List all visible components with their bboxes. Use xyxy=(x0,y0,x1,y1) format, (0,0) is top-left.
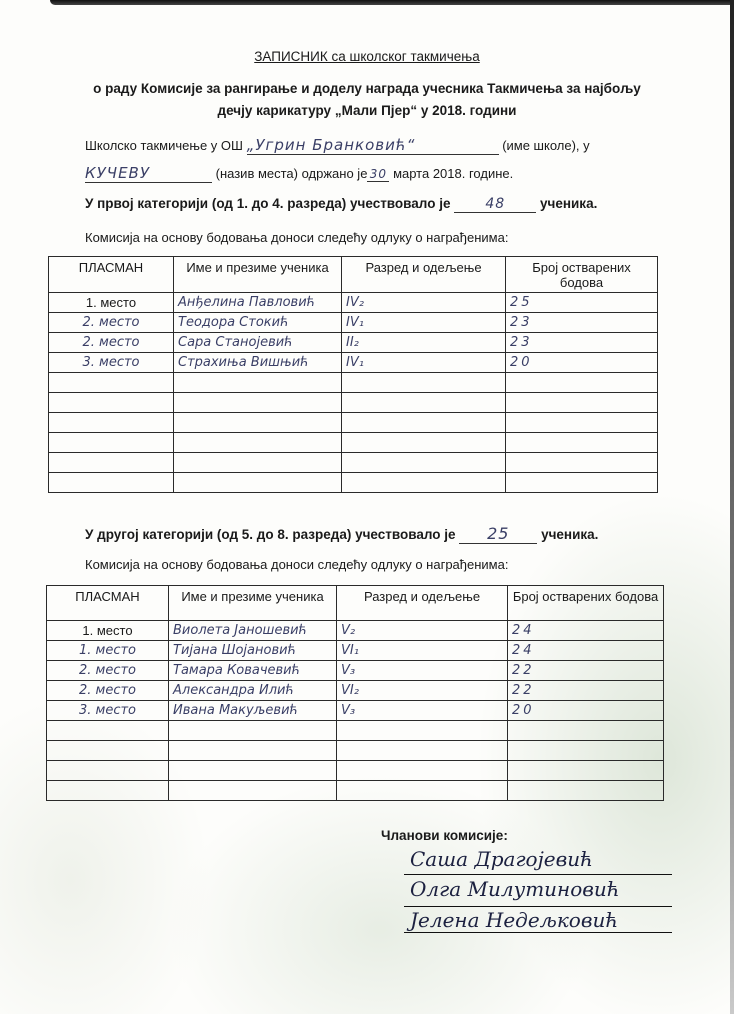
grade-cell: IV₂ xyxy=(342,293,506,313)
grade-cell: V₂ xyxy=(337,621,508,641)
category2-prefix: У другој категорији (од 5. до 8. разреда… xyxy=(85,527,456,542)
place-cell: 3. место xyxy=(47,701,169,721)
grade-cell xyxy=(337,761,508,781)
place-name-field[interactable]: КУЧЕВУ xyxy=(85,164,212,183)
header-points: Број остварених бодова xyxy=(506,257,658,293)
place-cell xyxy=(49,373,174,393)
category1-results-table: ПЛАСМАН Име и презиме ученика Разред и о… xyxy=(48,256,658,493)
place-cell xyxy=(47,741,169,761)
grade-cell: VI₂ xyxy=(337,681,508,701)
points-cell: 20 xyxy=(506,353,658,373)
place-cell xyxy=(47,781,169,801)
place-cell: 1. место xyxy=(49,293,174,313)
table-row xyxy=(47,761,664,781)
points-cell: 24 xyxy=(508,621,664,641)
header-points: Број остварених бодова xyxy=(508,586,664,621)
scan-edge-top xyxy=(50,0,734,5)
place-cell: 1. место xyxy=(47,621,169,641)
category2-count-field[interactable]: 25 xyxy=(459,524,537,544)
student-name-cell xyxy=(174,413,342,433)
grade-cell: V₃ xyxy=(337,701,508,721)
points-cell: 23 xyxy=(506,313,658,333)
table-row: 2. местоТеодора СтокићIV₁23 xyxy=(49,313,658,333)
document-subtitle-line1: о раду Комисије за рангирање и доделу на… xyxy=(0,81,734,96)
place-suffix: (назив места) одржано је xyxy=(216,166,368,181)
table-row xyxy=(49,453,658,473)
student-name-cell: Александра Илић xyxy=(169,681,337,701)
table-row xyxy=(49,373,658,393)
place-cell xyxy=(47,721,169,741)
student-name-cell xyxy=(169,761,337,781)
student-name-cell xyxy=(174,373,342,393)
category1-line: У првој категорији (од 1. до 4. разреда)… xyxy=(85,196,597,213)
table-row: 2. местоАлександра ИлићVI₂22 xyxy=(47,681,664,701)
grade-cell xyxy=(342,473,506,493)
table-row: 1. местоАнђелина ПавловићIV₂25 xyxy=(49,293,658,313)
signature-line-1 xyxy=(404,874,672,875)
signature-2: Олга Милутиновић xyxy=(410,877,620,901)
category1-suffix: ученика. xyxy=(540,196,597,211)
place-cell xyxy=(49,453,174,473)
header-name: Име и презиме ученика xyxy=(169,586,337,621)
points-cell xyxy=(508,781,664,801)
category2-suffix: ученика. xyxy=(541,527,598,542)
signature-1: Саша Драгојевић xyxy=(410,847,593,871)
document-page: ЗАПИСНИК са школског такмичења о раду Ко… xyxy=(0,0,734,1024)
student-name-cell: Ивана Макуљевић xyxy=(169,701,337,721)
points-cell xyxy=(506,393,658,413)
place-cell xyxy=(49,393,174,413)
points-cell: 24 xyxy=(508,641,664,661)
table-row: 2. местоТамара КовачевићV₃22 xyxy=(47,661,664,681)
school-suffix: (име школе), у xyxy=(502,138,589,153)
student-name-cell xyxy=(174,453,342,473)
points-cell xyxy=(508,721,664,741)
place-cell: 1. место xyxy=(47,641,169,661)
points-cell xyxy=(506,373,658,393)
table-row xyxy=(49,473,658,493)
place-cell xyxy=(49,433,174,453)
table-row xyxy=(47,781,664,801)
table-row: 3. местоСтрахиња ВишњићIV₁20 xyxy=(49,353,658,373)
table-row xyxy=(47,741,664,761)
header-place: ПЛАСМАН xyxy=(47,586,169,621)
grade-cell xyxy=(342,433,506,453)
place-cell: 3. место xyxy=(49,353,174,373)
grade-cell: V₃ xyxy=(337,661,508,681)
grade-cell: IV₁ xyxy=(342,313,506,333)
student-name-cell: Теодора Стокић xyxy=(174,313,342,333)
grade-cell xyxy=(337,781,508,801)
points-cell xyxy=(506,453,658,473)
points-cell: 25 xyxy=(506,293,658,313)
student-name-cell xyxy=(169,741,337,761)
category1-prefix: У првој категорији (од 1. до 4. разреда)… xyxy=(85,196,450,211)
grade-cell xyxy=(337,741,508,761)
table-row: 3. местоИвана МакуљевићV₃20 xyxy=(47,701,664,721)
place-cell: 2. место xyxy=(49,313,174,333)
student-name-cell: Тамара Ковачевић xyxy=(169,661,337,681)
place-cell xyxy=(47,761,169,781)
day-field[interactable]: 30 xyxy=(367,167,389,182)
student-name-cell: Анђелина Павловић xyxy=(174,293,342,313)
header-place: ПЛАСМАН xyxy=(49,257,174,293)
grade-cell: II₂ xyxy=(342,333,506,353)
category1-decision: Комисија на основу бодовања доноси следе… xyxy=(85,230,508,245)
student-name-cell xyxy=(174,393,342,413)
student-name-cell: Тијана Шојановић xyxy=(169,641,337,661)
table-row: 1. местоВиолета ЈаношевићV₂24 xyxy=(47,621,664,641)
signature-line-3 xyxy=(404,932,672,933)
place-cell xyxy=(49,473,174,493)
points-cell: 22 xyxy=(508,661,664,681)
grade-cell xyxy=(342,413,506,433)
signature-line-2 xyxy=(404,906,672,907)
student-name-cell: Сара Станојевић xyxy=(174,333,342,353)
school-line: Школско такмичење у ОШ „Угрин Бранковић“… xyxy=(85,136,590,155)
points-cell xyxy=(508,741,664,761)
points-cell xyxy=(506,473,658,493)
table-row: 2. местоСара СтанојевићII₂23 xyxy=(49,333,658,353)
signature-3: Јелена Недељковић xyxy=(410,908,618,932)
place-cell: 2. место xyxy=(47,681,169,701)
category1-count-field[interactable]: 48 xyxy=(454,196,536,213)
student-name-cell: Виолета Јаношевић xyxy=(169,621,337,641)
header-name: Име и презиме ученика xyxy=(174,257,342,293)
school-name-field[interactable]: „Угрин Бранковић“ xyxy=(247,136,499,155)
commission-heading: Чланови комисије: xyxy=(381,828,508,843)
grade-cell xyxy=(342,373,506,393)
table-row xyxy=(47,721,664,741)
table-row xyxy=(49,413,658,433)
category2-line: У другој категорији (од 5. до 8. разреда… xyxy=(85,524,598,544)
student-name-cell xyxy=(169,721,337,741)
student-name-cell: Страхиња Вишњић xyxy=(174,353,342,373)
grade-cell xyxy=(337,721,508,741)
scan-edge-right xyxy=(730,0,734,1024)
place-cell: 2. место xyxy=(49,333,174,353)
header-grade: Разред и одељење xyxy=(337,586,508,621)
grade-cell: IV₁ xyxy=(342,353,506,373)
scan-edge-bottom xyxy=(0,1014,734,1024)
points-cell xyxy=(506,433,658,453)
table-row xyxy=(49,393,658,413)
grade-cell xyxy=(342,453,506,473)
table-row xyxy=(49,433,658,453)
points-cell: 20 xyxy=(508,701,664,721)
points-cell: 22 xyxy=(508,681,664,701)
place-cell xyxy=(49,413,174,433)
school-prefix: Школско такмичење у ОШ xyxy=(85,138,243,153)
student-name-cell xyxy=(174,473,342,493)
place-line: КУЧЕВУ (назив места) одржано је30 марта … xyxy=(85,164,513,183)
place-cell: 2. место xyxy=(47,661,169,681)
points-cell xyxy=(508,761,664,781)
category2-results-table: ПЛАСМАН Име и презиме ученика Разред и о… xyxy=(46,585,664,801)
points-cell: 23 xyxy=(506,333,658,353)
category2-decision: Комисија на основу бодовања доноси следе… xyxy=(85,557,508,572)
table-row: 1. местоТијана ШојановићVI₁24 xyxy=(47,641,664,661)
grade-cell xyxy=(342,393,506,413)
date-suffix: марта 2018. године. xyxy=(393,166,513,181)
document-title: ЗАПИСНИК са школског такмичења xyxy=(0,49,734,64)
grade-cell: VI₁ xyxy=(337,641,508,661)
points-cell xyxy=(506,413,658,433)
header-grade: Разред и одељење xyxy=(342,257,506,293)
student-name-cell xyxy=(169,781,337,801)
student-name-cell xyxy=(174,433,342,453)
document-subtitle-line2: дечју карикатуру „Мали Пјер“ у 2018. год… xyxy=(0,103,734,118)
